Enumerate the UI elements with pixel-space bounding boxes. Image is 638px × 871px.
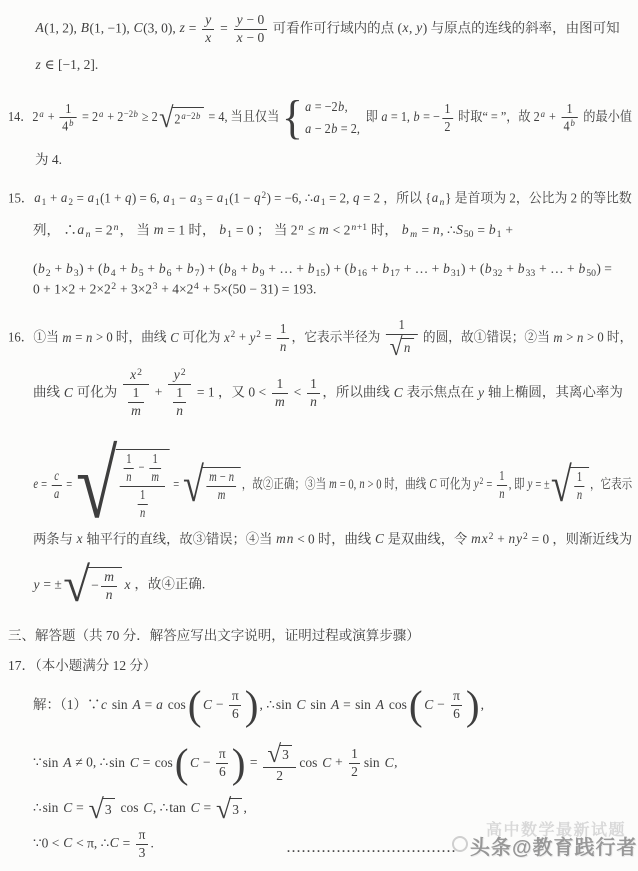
q16-solution-line-3: e = ca = √1n − 1m1n = √m − nm，故②正确；③当 m …	[33, 437, 632, 533]
watermark-emblem-icon	[452, 836, 468, 852]
q15-solution-line-4: 0 + 1×2 + 2×22 + 3×23 + 4×24 + 5×(50 − 3…	[33, 280, 316, 299]
q15-solution-line-2: 列， ∴an = 2n， 当 m = 1 时， b1 = 0 ； 当 2n ≤ …	[33, 221, 513, 242]
q17-solution-line-4: ∵0 < C < π, ∴C = π3.	[33, 827, 154, 862]
q16-solution-line-1: 16．①当 m = n > 0 时，曲线 C 可化为 x2 + y2 = 1n，…	[8, 317, 632, 360]
q15-solution-line-3: (b2 + b3) + (b4 + b5 + b6 + b7) + (b8 + …	[33, 260, 612, 280]
exam-answer-page: A(1, 2), B(1, −1), C(3, 0), z = yx = y −…	[0, 0, 638, 871]
q16-solution-line-5: y = ±√−mnx ，故④正确.	[33, 561, 205, 610]
q17-solution-line-1: 解：（1）∵c sin A = a cos(C − π6), ∴sin C si…	[33, 685, 484, 726]
dotted-score-line: ..................................	[287, 841, 457, 856]
q13-solution-line-1: A(1, 2), B(1, −1), C(3, 0), z = yx = y −…	[35, 12, 620, 47]
watermark-author-text: 头条@教育践行者	[470, 831, 638, 860]
q16-solution-line-4: 两条与 x 轴平行的直线，故③错误；④当 mn < 0 时，曲线 C 是双曲线，…	[33, 530, 632, 549]
section-3-header: 三、解答题（共 70 分．解答应写出文字说明，证明过程或演算步骤）	[8, 627, 420, 646]
q17-header: 17．（本小题满分 12 分）	[8, 657, 157, 676]
q17-solution-line-3: ∴sin C = √3 cos C, ∴tan C = √3,	[33, 795, 247, 823]
q16-solution-line-2: 曲线 C 可化为 x21m + y21n = 1 ，又 0 < 1m < 1n，…	[33, 367, 623, 420]
q14-solution-line-2: 为 4.	[35, 151, 62, 170]
q14-solution-line-1: 14．2a + 14b = 2a + 2−2b ≥ 2√2a−2b = 4, 当…	[8, 94, 632, 142]
q17-solution-line-2: ∵sin A ≠ 0, ∴sin C = cos(C − π6) = √32co…	[33, 742, 397, 785]
q15-solution-line-1: 15．a1 + a2 = a1(1 + q) = 6, a1 − a3 = a1…	[8, 189, 632, 210]
q13-solution-line-2: z ∈ [−1, 2].	[35, 56, 98, 75]
